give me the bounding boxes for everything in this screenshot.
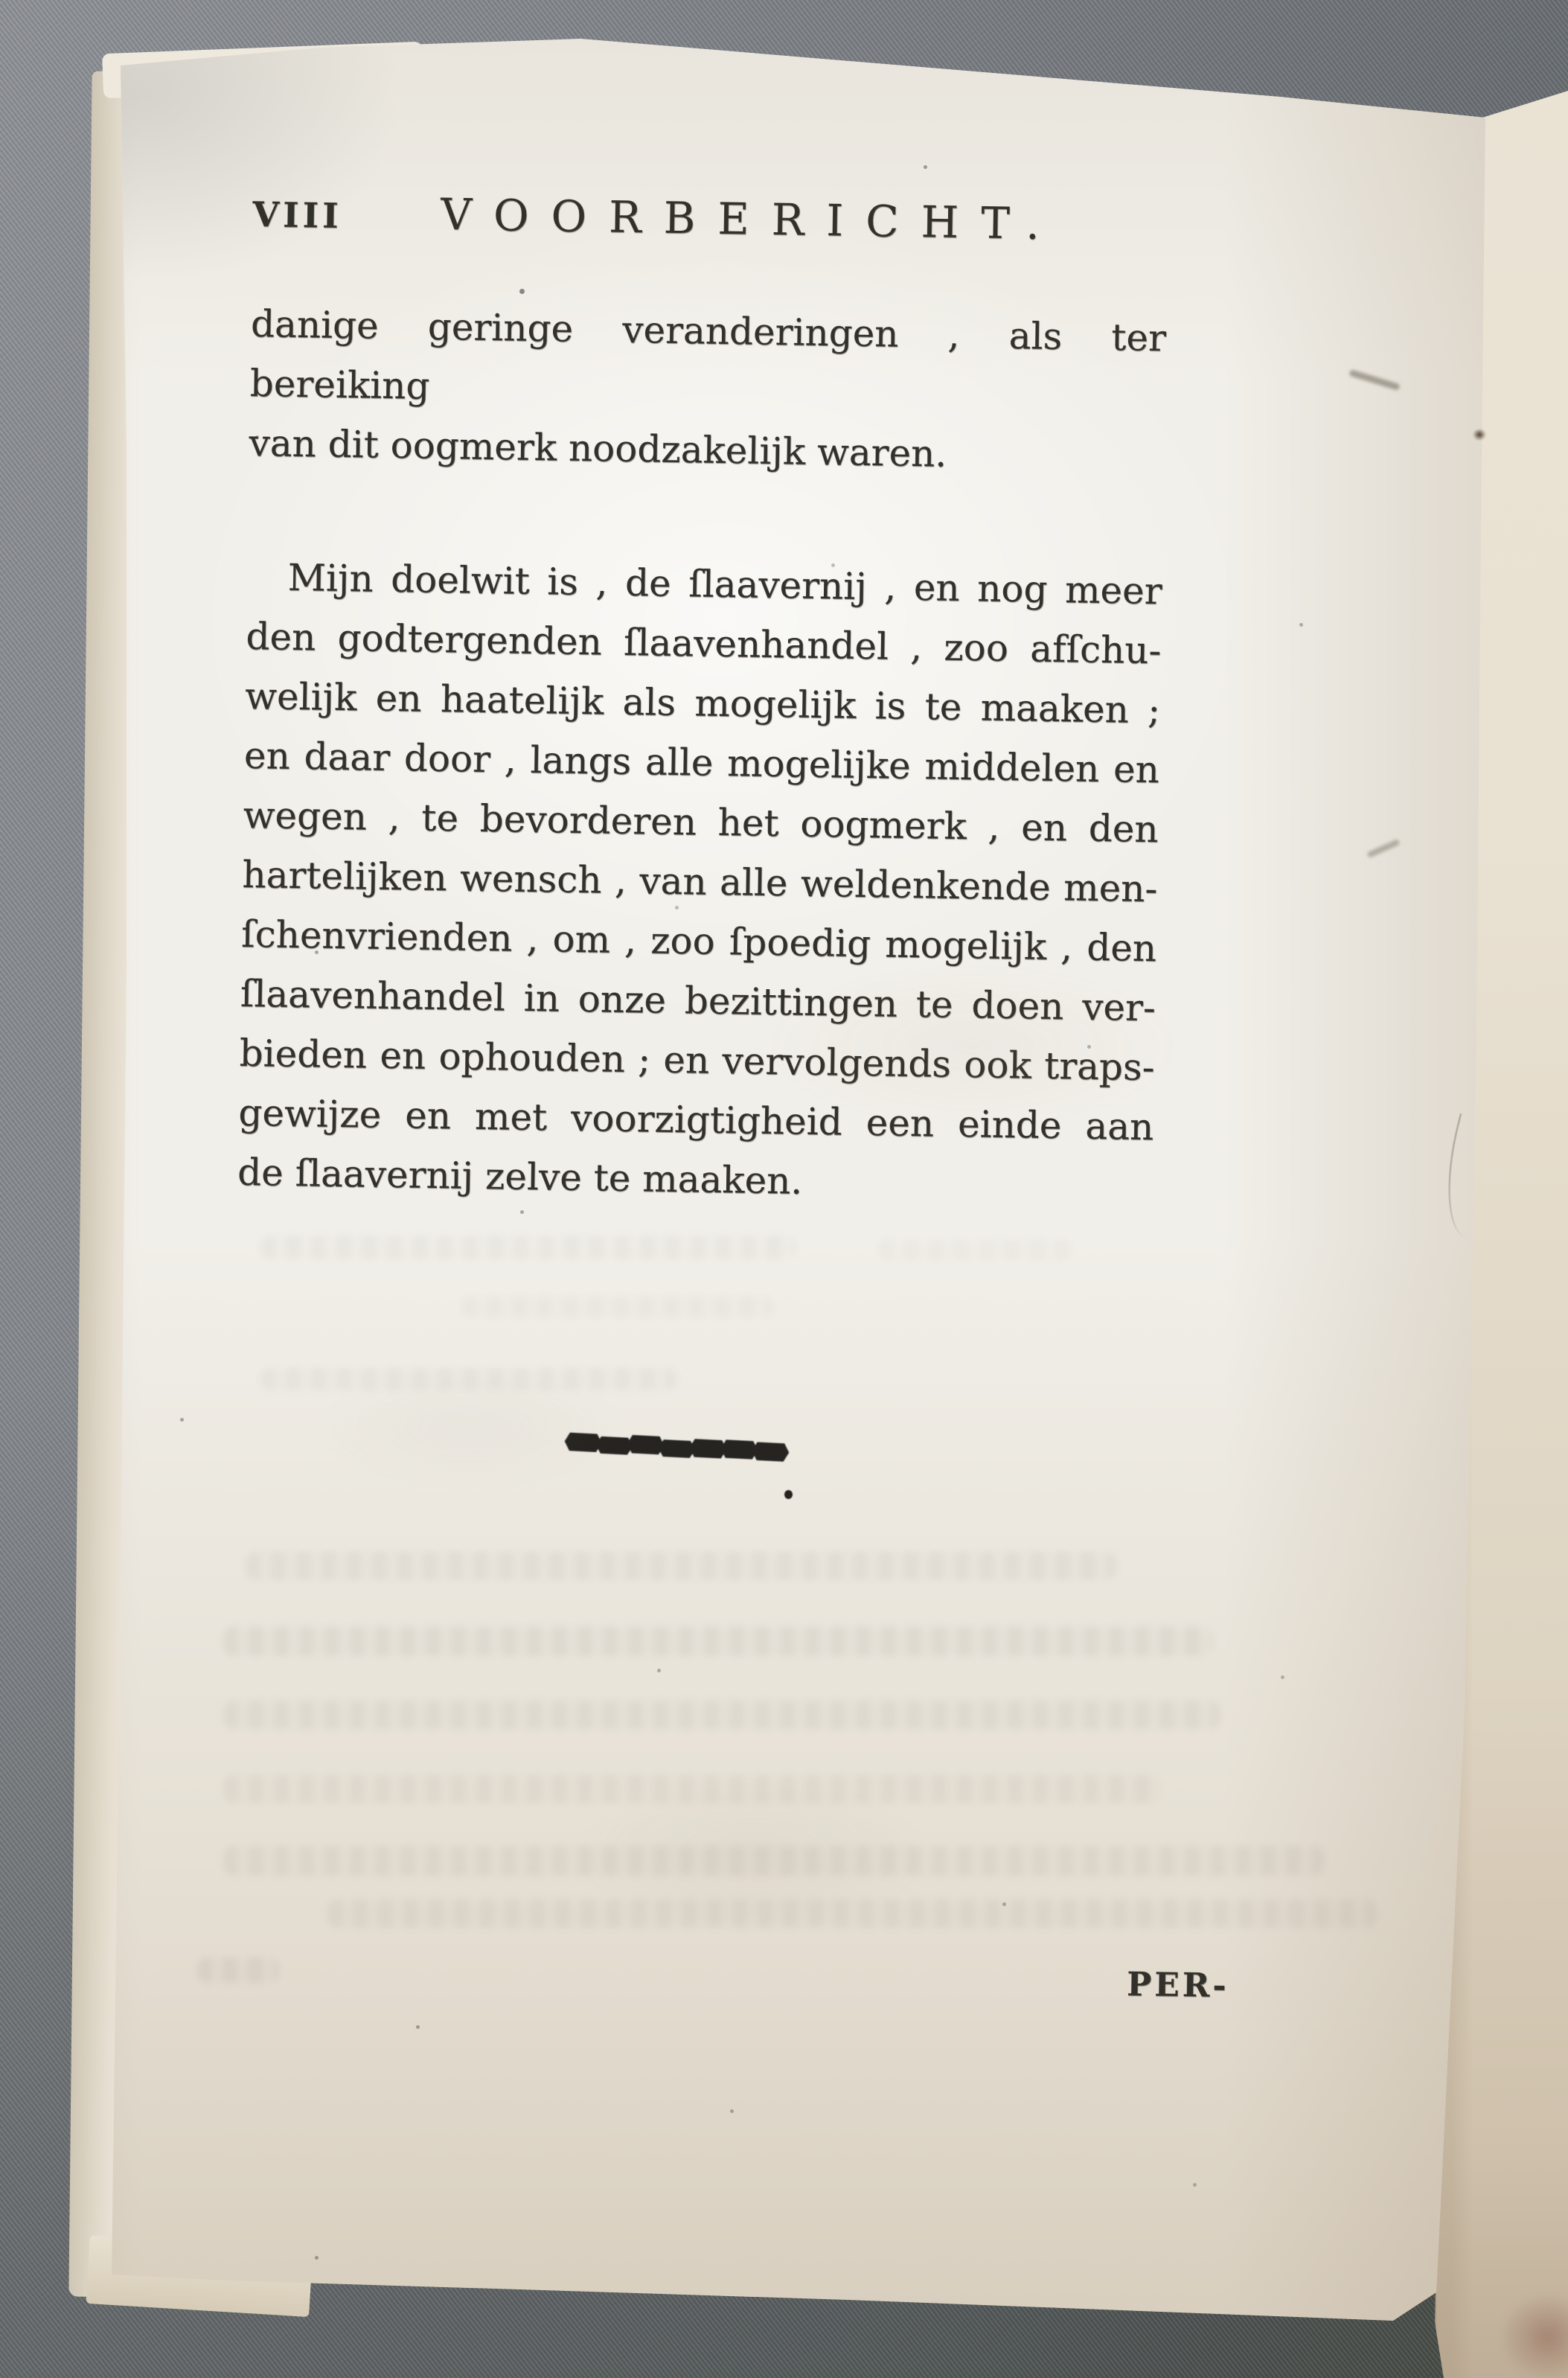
text-line: den godtergenden ſlaavenhandel , zoo afſ… (246, 607, 1162, 680)
showthrough-line (223, 1775, 1161, 1803)
stain (1348, 369, 1401, 391)
book-photo: VIII VOORBERICHT. danige geringe verande… (0, 0, 1568, 2378)
text-line: ſlaavenhandel in onze bezittingen te doe… (240, 964, 1156, 1038)
printed-text-block: VIII VOORBERICHT. danige geringe verande… (223, 186, 1168, 2135)
running-head: VIII VOORBERICHT. (252, 186, 1168, 269)
ink-blot (784, 1490, 793, 1499)
lozenge-icon (689, 1438, 727, 1458)
text-line: bieden en ophouden ; en vervolgends ook … (239, 1023, 1155, 1097)
catchword: PER- (1127, 1966, 1229, 2005)
lozenge-icon (564, 1432, 602, 1452)
showthrough-line (327, 1899, 1377, 1928)
text-line: de ſlaavernij zelve te maaken. (237, 1142, 1153, 1216)
text-line: Mijn doelwit is , de ſlaavernij , en nog… (246, 547, 1162, 621)
ornament-divider (564, 1428, 796, 1466)
page-heading: VOORBERICHT. (342, 188, 1168, 251)
showthrough-line (223, 1846, 1325, 1876)
text-line: gewijze en met voorzigtigheid een einde … (238, 1083, 1154, 1157)
book-page: VIII VOORBERICHT. danige geringe verande… (0, 0, 1568, 2378)
text-line: en daar door , langs alle mogelijke midd… (243, 726, 1159, 799)
showthrough-line (878, 1239, 1072, 1260)
lozenge-icon (720, 1439, 758, 1460)
text-line: van dit oogmerk noodzakelijk waren. (249, 413, 1165, 487)
text-line: welijk en haatelijk als mogelijk is te m… (245, 666, 1161, 740)
wormhole (1473, 429, 1486, 441)
lozenge-icon (752, 1442, 790, 1462)
text-line: ſchenvrienden , om , zoo ſpoedig mogelij… (241, 904, 1157, 978)
showthrough-line (246, 1552, 1116, 1580)
paragraph: Mijn doelwit is , de ſlaavernij , en nog… (237, 547, 1163, 1216)
stain (1500, 2292, 1568, 2378)
text-line: danige geringe veranderingen , als ter b… (249, 294, 1166, 427)
showthrough-line (223, 1626, 1213, 1656)
page-number: VIII (252, 194, 342, 236)
text-line: hartelijken wensch , van alle weldenkend… (242, 845, 1158, 918)
paragraph: danige geringe veranderingen , als ter b… (249, 294, 1167, 487)
showthrough-line (461, 1297, 774, 1317)
showthrough-line (223, 1701, 1220, 1729)
lozenge-icon (658, 1439, 696, 1458)
showthrough-line (260, 1236, 796, 1259)
lozenge-icon (595, 1436, 633, 1455)
lozenge-icon (627, 1434, 665, 1454)
text-line: wegen , te bevorderen het oogmerk , en d… (243, 785, 1159, 859)
showthrough-line (197, 1957, 279, 1983)
stain (1366, 839, 1400, 858)
showthrough-line (260, 1368, 677, 1390)
